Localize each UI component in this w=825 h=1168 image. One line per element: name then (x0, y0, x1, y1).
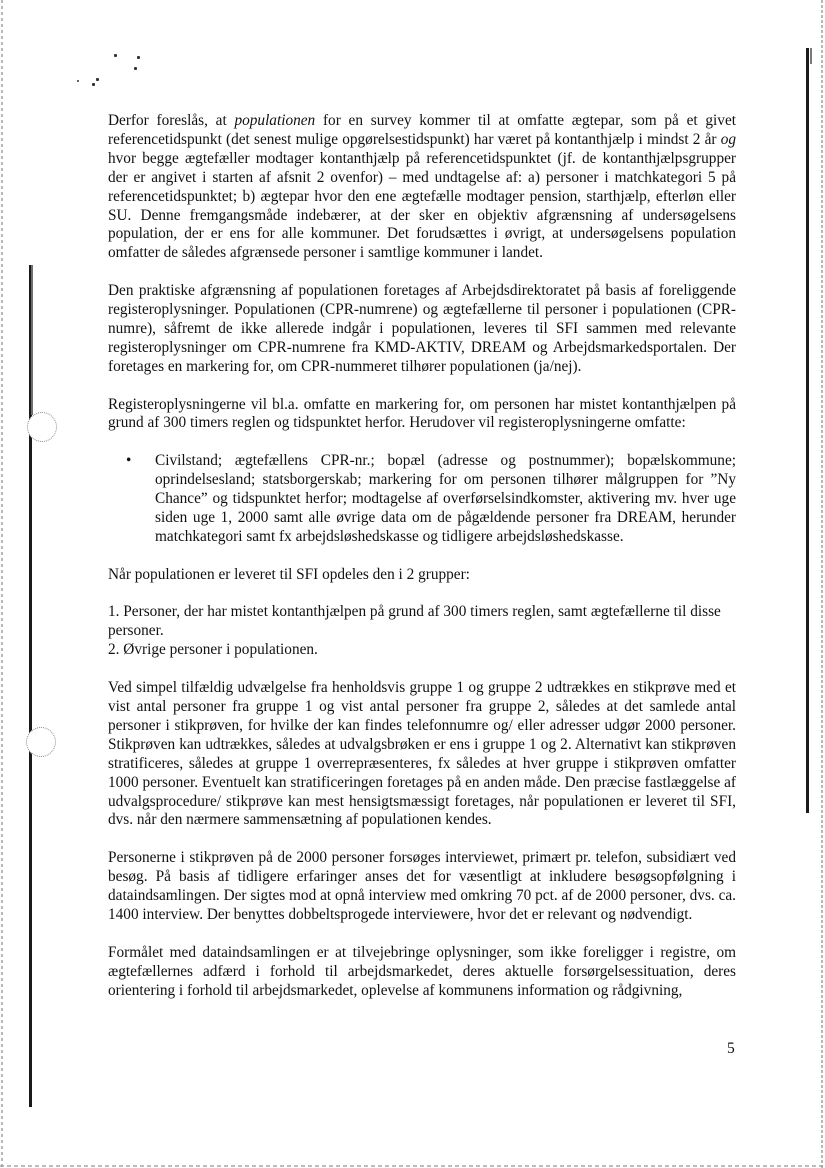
groups-list: 1. Personer, der har mistet kontanthjælp… (108, 603, 736, 660)
paragraph-purpose: Formålet med dataindsamlingen er at tilv… (108, 944, 736, 1001)
paragraph-register-info: Registeroplysningerne vil bl.a. omfatte … (108, 396, 736, 434)
list-item: • Civilstand; ægtefællens CPR-nr.; bopæl… (155, 452, 736, 547)
register-info-list: • Civilstand; ægtefællens CPR-nr.; bopæl… (108, 452, 736, 547)
scan-speck (96, 78, 99, 81)
binder-shadow-right (806, 48, 809, 813)
paragraph-interviews: Personerne i stikprøven på de 2000 perso… (108, 849, 736, 925)
emphasis-og: og (721, 131, 736, 148)
list-item-group-2: 2. Øvrige personer i populationen. (108, 641, 736, 660)
list-item-group-1: 1. Personer, der har mistet kontanthjælp… (108, 603, 736, 641)
scan-speck (134, 67, 137, 70)
scan-edge-bottom (0, 1165, 825, 1167)
punch-hole-upper (27, 412, 57, 442)
scan-speck (137, 56, 140, 59)
punch-hole-lower (26, 727, 56, 757)
paragraph-sampling: Ved simpel tilfældig udvælgelse fra henh… (108, 679, 736, 830)
emphasis-populationen: populationen (234, 112, 315, 129)
scan-speck (77, 80, 79, 82)
scan-speck (114, 54, 117, 57)
scanned-document-page: Derfor foreslås, at populationen for en … (0, 0, 825, 1168)
paragraph-groups-intro: Når populationen er leveret til SFI opde… (108, 566, 736, 585)
paragraph-practical-delimitation: Den praktiske afgrænsning af populatione… (108, 282, 736, 377)
binder-shadow-right-top (810, 48, 812, 64)
scan-edge-left (1, 0, 3, 1168)
page-number: 5 (727, 1040, 735, 1058)
bullet-icon: • (126, 452, 131, 471)
document-body: Derfor foreslås, at populationen for en … (108, 112, 736, 1000)
scan-speck (92, 83, 95, 86)
binder-shadow-left-upper (31, 265, 33, 415)
paragraph-population-definition: Derfor foreslås, at populationen for en … (108, 112, 736, 263)
scan-edge-right (821, 0, 823, 1168)
